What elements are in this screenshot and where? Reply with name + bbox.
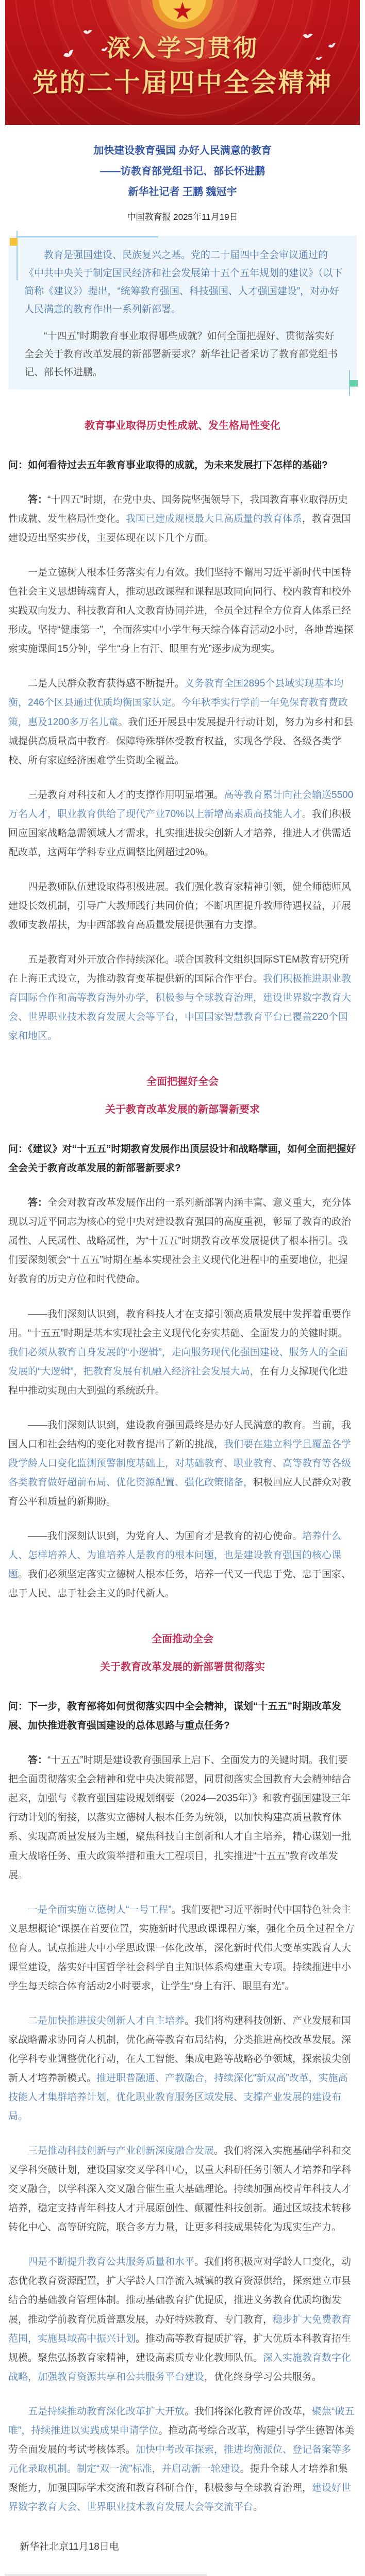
interview-question: 问：如何看待过去五年教育事业取得的成就，为未来发展打下怎样的基础? (8, 456, 357, 475)
answer-paragraph: 三是教育对科技和人才的支撑作用明显增强。高等教育累计向社会输送5500万名人才，… (8, 786, 357, 862)
highlighted-text: 三是推动科技创新与产业创新深度融合发展 (28, 2146, 214, 2156)
body-text: 一是立德树人根本任务落实有力有效。我们坚持不懈用习近平新时代中国特色社会主义思想… (8, 567, 353, 654)
decor-line-horizontal-topleft (16, 236, 158, 237)
highlighted-text: 五是持续推动教育深化改革扩大开放 (28, 2406, 185, 2417)
answer-paragraph: 五是持续推动教育深化改革扩大开放。我们将深化教育评价改革，聚焦“破五唯”，持续推… (8, 2402, 357, 2517)
answer-label: 答： (28, 1755, 47, 1766)
article-byline: 新华社记者 王鹏 魏冠宇 (0, 182, 365, 202)
intro-paragraph: “十四五”时期教育事业取得哪些成就？如何全面把握好、贯彻落实好全会关于教育改革发… (24, 327, 343, 381)
section-heading-line: 全面推动全会 (8, 1633, 357, 1645)
section-heading-line: 全面把握好全会 (8, 1076, 357, 1088)
answer-paragraph: 二是加快推进拔尖创新人才自主培养。我们将构建科技创新、产业发展和国家战略需求协同… (8, 2011, 357, 2126)
answer-paragraph: 五是教育对外开放合作持续深化。联合国教科文组织国际STEM教育研究所在上海正式设… (8, 950, 357, 1046)
answer-paragraph: 二是人民群众教育获得感不断提升。义务教育全国2895个县域实现基本均衡，246个… (8, 674, 357, 770)
section-heading-line: 教育事业取得历史性成就、发生格局性变化 (8, 420, 357, 432)
decor-teal-square (350, 380, 358, 387)
body-text: 。我们必须坚定落实立德树人根本任务，培养一代又一代忠于党、忠于国家、忠于人民、忠… (8, 1569, 351, 1599)
article-sections: 教育事业取得历史性成就、发生格局性变化问：如何看待过去五年教育事业取得的成就，为… (0, 420, 365, 2517)
body-text: ——我们深刻认识到，为党育人、为国育才是教育的初心使命。 (28, 1531, 302, 1542)
answer-paragraph: 三是推动科技创新与产业创新深度融合发展。我们将深入实施基础学科和交叉学科突破计划… (8, 2141, 357, 2237)
banner: ★ 深入学习贯彻 党的二十届四中全会精神 (5, 0, 360, 125)
section-heading-line: 关于教育改革发展的新部署贯彻落实 (8, 1661, 357, 1673)
red-star-icon: ★ (172, 0, 193, 29)
answer-paragraph: 答：“十五五”时期是建设教育强国承上启下、全面发力的关键时期。我们要把全面贯彻落… (8, 1751, 357, 1884)
body-text: 。我们将深化教育评价改革， (185, 2406, 312, 2417)
answer-paragraph: 答：“十四五”时期，在党中央、国务院坚强领导下，我国教育事业取得历史性成就、发生… (8, 490, 357, 548)
answer-paragraph: 一是全面实施立德树人“一号工程”。我们要把“习近平新时代中国特色社会主义思想概论… (8, 1900, 357, 1996)
section-heading-line: 关于教育改革发展的新部署新要求 (8, 1103, 357, 1116)
interview-question: 问：下一步，教育部将如何贯彻落实四中全会精神，谋划“十五五”时期改革发展、加快推… (8, 1697, 357, 1735)
highlighted-text: 四是不断提升教育公共服务质量和水平 (28, 2257, 194, 2267)
intro-paragraph: 教育是强国建设、民族复兴之基。党的二十届四中全会审议通过的《中共中央关于制定国民… (24, 246, 343, 319)
decor-gold-square (10, 238, 18, 246)
banner-title-line1: 深入学习贯彻 (5, 35, 360, 61)
banner-title: 深入学习贯彻 党的二十届四中全会精神 (5, 35, 360, 99)
body-text: ——我们深刻认识到，教育科技人才在支撑引领高质量发展中发挥着重要作用。“十五五”… (8, 1309, 351, 1339)
article-title-line1: 加快建设教育强国 办好人民满意的教育 (0, 140, 365, 161)
section-heading: 全面把握好全会关于教育改革发展的新部署新要求 (8, 1076, 357, 1116)
dove-icon (82, 27, 93, 35)
answer-paragraph: 答：全会对教育改革发展作出的一系列新部署内涵丰富、意义重大，充分体现以习近平同志… (8, 1193, 357, 1289)
answer-paragraph: 一是立德树人根本任务落实有力有效。我们坚持不懈用习近平新时代中国特色社会主义思想… (8, 563, 357, 659)
body-text: ，优化终身学习公共服务。 (204, 2372, 322, 2382)
body-text: 。我们要把“习近平新时代中国特色社会主义思想概论”课摆在首要位置，实施新时代思政… (8, 1905, 354, 1992)
body-text: 四是教师队伍建设取得积极进展。我们强化教育家精神引领，健全师德师风建设长效机制，… (8, 882, 351, 931)
bottom-divider (5, 2574, 207, 2576)
section-heading: 全面推动全会关于教育改革发展的新部署贯彻落实 (8, 1633, 357, 1673)
banner-title-line2: 党的二十届四中全会精神 (5, 67, 360, 99)
highlighted-text: 一是全面实施立德树人“一号工程” (28, 1905, 172, 1915)
answer-label: 答： (28, 494, 47, 505)
answer-paragraph: ——我们深刻认识到，建设教育强国最终是办好人民满意的教育。当前，我国人口和社会结… (8, 1416, 357, 1511)
highlighted-text: 我国已建成规模最大且高质量的教育体系 (126, 514, 302, 524)
news-agency-dateline: 新华社北京11月18日电 (0, 2537, 365, 2556)
body-text: 三是教育对科技和人才的支撑作用明显增强。 (28, 790, 224, 801)
body-text: 。我们将深入实施基础学科和交叉学科突破计划，建设国家交叉学科中心，以重大科研任务… (8, 2146, 351, 2233)
answer-paragraph: 四是教师队伍建设取得积极进展。我们强化教育家精神引领，健全师德师风建设长效机制，… (8, 877, 357, 935)
answer-paragraph: ——我们深刻认识到，教育科技人才在支撑引领高质量发展中发挥着重要作用。“十五五”… (8, 1305, 357, 1400)
body-text: 全会对教育改革发展作出的一系列新部署内涵丰富、意义重大，充分体现以习近平同志为核… (8, 1197, 351, 1285)
interview-question: 问：《建议》对“十五五”时期教育发展作出顶层设计和战略擘画，如何全面把握好全会关… (8, 1140, 357, 1178)
body-text: “十五五”时期是建设教育强国承上启下、全面发力的关键时期。我们要把全面贯彻落实全… (8, 1755, 351, 1880)
source-and-date: 中国教育报 2025年11月19日 (0, 210, 365, 222)
body-text: 。 (253, 2502, 263, 2513)
answer-paragraph: ——我们深刻认识到，为党育人、为国育才是教育的初心使命。培养什么人、怎样培养人、… (8, 1527, 357, 1603)
great-hall-emblem-icon: ★ (152, 0, 213, 29)
highlighted-text: 二是加快推进拔尖创新人才自主培养 (28, 2015, 185, 2026)
intro-quote-box: 教育是强国建设、民族复兴之基。党的二十届四中全会审议通过的《中共中央关于制定国民… (9, 236, 357, 390)
answer-paragraph: 四是不断提升教育公共服务质量和水平。我们将积极应对学龄人口变化，动态优化教育资源… (8, 2252, 357, 2386)
section-heading: 教育事业取得历史性成就、发生格局性变化 (8, 420, 357, 432)
answer-label: 答： (28, 1197, 47, 1208)
body-text: 二是人民群众教育获得感不断提升。 (28, 678, 185, 689)
article-title-line2: ——访教育部党组书记、部长怀进鹏 (0, 161, 365, 182)
article-title: 加快建设教育强国 办好人民满意的教育 ——访教育部党组书记、部长怀进鹏 新华社记… (0, 140, 365, 202)
